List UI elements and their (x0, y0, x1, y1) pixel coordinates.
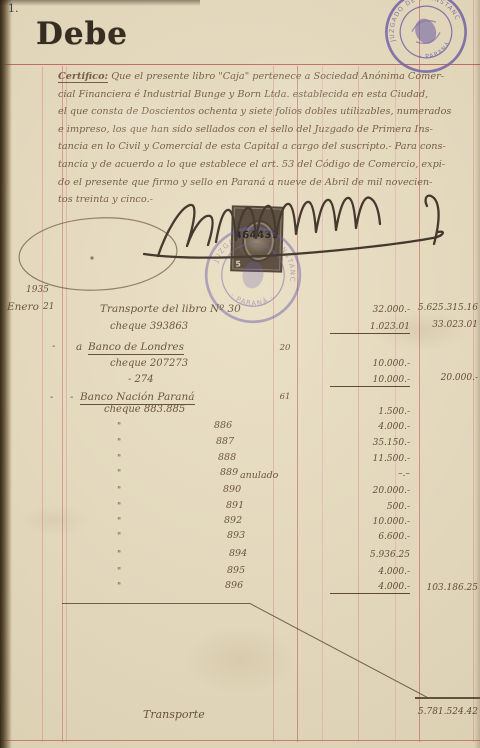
ruling-line (42, 66, 43, 742)
entry-balance: 103.186.25 (412, 583, 478, 593)
entry-amount: 4.000.- (330, 422, 410, 432)
ruling-line (473, 0, 474, 742)
cheque-number: 892 (224, 515, 242, 526)
bottom-rule (0, 740, 480, 741)
certificate-line: cial Financiera é Industrial Bunge y Bor… (58, 86, 451, 104)
cheque-number: 889 (220, 467, 238, 478)
entry-amount: 6.600.- (330, 532, 410, 542)
folio-number: 61 (274, 392, 296, 402)
total-rule (415, 697, 480, 699)
signature (128, 188, 468, 273)
ledger-page: 1. Debe Certifico: Que el presente libro… (0, 0, 480, 748)
ditto-mark: " (117, 517, 121, 527)
cheque-note: anulado (240, 470, 278, 481)
entry-balance: 20.000.- (412, 373, 478, 383)
entry-desc: Transporte del libro Nº 30 (100, 303, 241, 315)
ditto-mark: " (117, 550, 121, 560)
cheque-number: 893 (227, 530, 245, 541)
entry-dash: - (52, 341, 55, 352)
certificate-line: e impreso, los que han sido sellados con… (58, 121, 451, 139)
entry-amount: 10.000.- (330, 517, 410, 527)
entry-amount: 35.150.- (330, 438, 410, 448)
certificate-line: tancia en lo Civil y Comercial de esta C… (58, 138, 451, 156)
entry-amount: 500.- (330, 502, 410, 512)
entry-desc: cheque 207273 (110, 358, 188, 369)
certificate-line: el que consta de Doscientos ochenta y si… (58, 103, 451, 121)
entry-amount: 1.500.- (330, 407, 410, 417)
ditto-mark: " (117, 532, 121, 542)
entry-dash: - (50, 392, 53, 403)
ditto-mark: " (117, 502, 121, 512)
page-top-edge (0, 0, 200, 6)
cheque-number: 894 (229, 548, 247, 559)
entry-desc: cheque 393863 (110, 321, 188, 332)
ditto-mark: " (117, 486, 121, 496)
entry-amount: 20.000.- (330, 486, 410, 496)
entry-amount: 4.000.- (330, 582, 410, 594)
cheque-number: 886 (214, 420, 232, 431)
binding-edge (0, 0, 12, 748)
entry-balance: 5.625.315.16 (412, 303, 478, 313)
closing-line-horizontal (62, 603, 250, 604)
account-name: Banco de Londres (88, 341, 184, 355)
ditto-mark: " (117, 469, 121, 479)
entry-amount: –.– (330, 469, 410, 479)
cheque-number: 888 (218, 452, 236, 463)
cheque-number: 887 (216, 436, 234, 447)
entry-amount: 10.000.- (330, 359, 410, 369)
entry-amount: 1.023.01 (330, 322, 410, 334)
entry-desc: - 274 (128, 374, 154, 385)
ditto-mark: " (117, 422, 121, 432)
entry-amount: 11.500.- (330, 454, 410, 464)
entry-amount: 10.000.- (330, 375, 410, 387)
ledger-month: Enero (7, 301, 39, 313)
ledger-day: 21 (43, 302, 54, 312)
certificate-line: tancia y de acuerdo a lo que establece e… (58, 156, 451, 174)
entry-amount: 5.936.25 (330, 550, 410, 560)
carry-forward-label: Transporte (143, 708, 205, 721)
entry-dash: - (70, 392, 73, 403)
ledger-year: 1935 (26, 285, 49, 295)
entry-amount: 4.000.- (330, 567, 410, 577)
cheque-number: 890 (223, 484, 241, 495)
certificate-heading: Certifico: (58, 71, 108, 83)
account-name: Banco Nación Paraná (80, 391, 195, 405)
court-seal-stamp-top: JUZGADO DE 1ª INSTANCIA · PARANÁ · (380, 0, 472, 78)
entry-desc: cheque 883.885 (104, 404, 185, 415)
cheque-number: 895 (227, 565, 245, 576)
page-number: 1. (8, 2, 19, 15)
closing-line-diagonal (249, 603, 428, 699)
ditto-mark: " (117, 567, 121, 577)
cheque-number: 896 (225, 580, 243, 591)
ditto-mark: " (117, 454, 121, 464)
folio-number: 20 (274, 343, 296, 353)
ditto-mark: " (117, 582, 121, 592)
entry-balance: 33.023.01 (412, 320, 478, 330)
entry-prefix: a (76, 341, 82, 353)
carry-forward-total: 5.781.524.42 (412, 707, 478, 717)
entry-amount: 32.000.- (330, 305, 410, 315)
page-title: Debe (36, 16, 128, 52)
cheque-number: 891 (226, 500, 244, 511)
ditto-mark: " (117, 438, 121, 448)
